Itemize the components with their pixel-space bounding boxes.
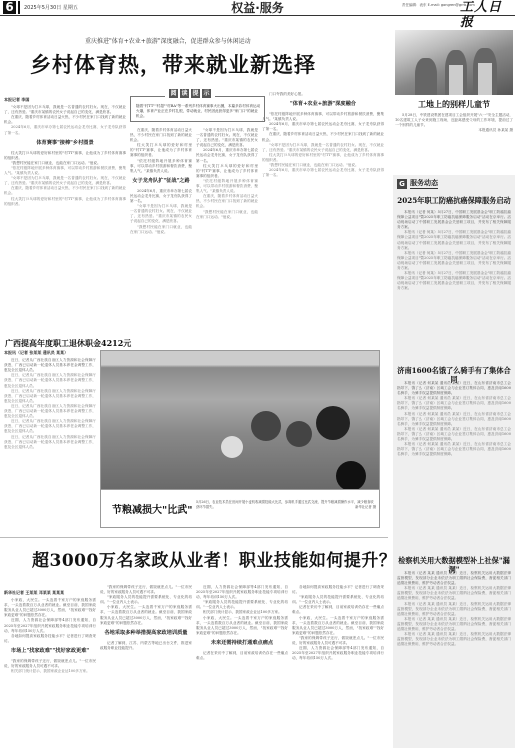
bottom-column-3: 近期，人力资源社会保障部等4部门发布通知，自2025年至2027年组织开展家政服… [196,585,288,748]
reading-tip-text: 随着"村TT""村超""村BA"等一系列乡村体育赛事火出圈，本篇多彩村体育运动火… [136,104,261,119]
lead-paragraph: 门口夸我的美好心愿。 [262,92,384,97]
service-item-body: 本报讯（记者 何某）5月27日，中国职工发展基金会"职工防癌抗癌保障公益项目"暨… [397,210,511,340]
service-item-body: 本报讯（记者 何某某 通讯员 某某）近日，在山东省济南市总工会指导下，饿了么（济… [397,381,511,551]
side-story-byline: 本报讯（记者 张某某 通讯员 某某） [4,350,96,355]
bottom-paragraph: 记者在采访中了解到，目前家政培训仍存在一些痛点难点。 [292,605,384,615]
lead-paragraph: "依托村级阵地开展多种体育赛事，可以带动乡村旅游和餐饮消费，聚集人气。"某镇负责… [130,159,192,174]
lead-subhead: "体育+农业+旅游"深度融合 [262,101,384,108]
photo-vest [449,65,463,95]
tip-char: 示 [202,89,211,98]
bottom-subhead: 未来还需持续打通难点痛点 [196,640,288,647]
right-photo-text: 5月28日，中铁建设集团在建项目工会组织开展"六一"安全主题活动，10名建筑工人… [395,113,513,168]
side-story-headline: 广西提高年度职工退休职金4212元 [5,338,131,348]
service-item-text: 本报讯（记者 何某某 通讯员 某某）近日，在山东省济南市总工会指导下，饿了么（济… [397,412,511,427]
service-news-icon: G [397,179,407,189]
lead-paragraph: "女球不是因为打乒乓球，我就是一名普通的农村妇女。现在，不仅就业了，还有热爱。"… [262,143,384,153]
bottom-paragraph: 记者在采访中了解到，目前家政培训仍存在一些痛点难点。 [196,651,288,661]
side-story-body: 本报讯（记者 张某某 通讯员 某某） 近日，记者从广西壮族自治区人力资源和社会保… [4,350,96,535]
bottom-paragraph: 相关部门统计显示，我国家政企业达100多万家。 [4,669,96,674]
photo-feature-caption: 5月26日，农业技术员在田间开展小麦机收减损技能大比武，参赛机手通过比武交流，提… [196,500,376,510]
side-story-paragraph: 近日，记者从广西壮族自治区人力资源和社会保障厅获悉，广西已启动新一轮退休人员基本… [4,435,96,450]
bottom-paragraph: 记者了解到，江苏、内蒙古等地已出台文件，推进家政服务职业技能提升。 [100,641,192,651]
side-story-paragraph: 近日，记者从广西壮族自治区人力资源和社会保障厅获悉，广西已启动新一轮退休人员基本… [4,404,96,419]
bottom-column-1: 新华社记者 王某某 邓某某 某某某 小家政，大民生。一头连着千家万户的家庭服务需… [4,590,96,748]
photo-figure [415,58,437,95]
bottom-paragraph: 近期，人力资源社会保障部等4部门发布通知，自2025年至2027年组织开展家政服… [196,585,288,600]
service-item-body: 本报讯（记者 某某 通讯员 某某）近日，检察机关运用大数据法律监督模型，发现部分… [397,571,511,741]
tip-char: 读 [180,89,189,98]
bottom-subhead: 各地采取多种举措提高家政培训质量 [100,630,192,637]
lead-paragraph: 2024年6月，重庆市举办第七届农民运动会龙舟比赛，女子龙舟队获得了第一名。 [262,122,384,132]
service-item-text: 本报讯（记者 某某 通讯员 某某）近日，检察机关运用大数据法律监督模型，发现部分… [397,617,511,632]
photo-feature-title: 节粮减损大"比武" [112,505,192,517]
lead-paragraph: "依托村级阵地开展多种体育赛事，可以带动乡村旅游和餐饮消费，聚集人气。"某镇负责… [196,179,258,194]
side-story-paragraph: 近日，记者从广西壮族自治区人力资源和社会保障厅获悉，广西已启动新一轮退休人员基本… [4,389,96,404]
right-photo-credit: 本报通讯员 孙某某 摄 [395,128,513,133]
service-item-text: 本报讯（记者 何某某 通讯员 某某）近日，在山东省济南市总工会指导下，饿了么（济… [397,396,511,411]
service-item-title: 2025年职工防癌抗癌保障服务启动 [395,196,513,205]
photo-figure [221,436,243,458]
bottom-paragraph: 小家政，大民生。一头连着千家万户的家庭服务需求，一头连着数百万从业者的就业。截至… [100,605,192,625]
lead-column-1: 本报记者 李国 "女球不是因为打乒乓球，我就是一名普通的农村妇女。现在，不仅就业… [4,97,126,333]
bottom-paragraph: "家政服务人员的技能提升需要系统化、专业化的培训。"一位业内人士表示。 [292,595,384,605]
photo-figure [316,406,350,440]
lead-column-2: 在重庆，随着乡村体育活动日益火热，不少村民在家门口找到了新的就业机会。 柱大笑打… [130,128,192,343]
bottom-paragraph: 相关部门统计显示，我国家政企业达100多万家。 [196,610,288,615]
bottom-column-2: "我家的保姆带孩子还行，做饭就差点儿。"一位市民说，好的家政服务人员可遇不可求。… [100,585,192,748]
bottom-byline: 新华社记者 王某某 邓某某 某某某 [4,590,96,595]
service-item-text: 本报讯（记者 何某）5月27日，中国职工发展基金会"职工防癌抗癌保障公益项目"暨… [397,251,511,271]
lead-paragraph: "女球不是因为打乒乓球，我就是一名普通的农村妇女。现在，不仅就业了，还有热爱。"… [4,105,126,115]
lead-paragraph: 2024年6月，重庆市举办第七届农民运动会龙舟比赛，女子龙舟队获得了第一名。 [130,189,192,204]
lead-paragraph: "依托村级阵地开展多种体育赛事，可以带动乡村旅游和餐饮消费，聚集人气。"某镇负责… [4,166,126,176]
lead-byline: 本报记者 李国 [4,97,126,102]
bottom-paragraph: "家政服务人员的技能提升需要系统化、专业化的培训。"一位业内人士表示。 [100,595,192,605]
service-item-text: 本报讯（记者 何某某 通讯员 某某）近日，在山东省济南市总工会指导下，饿了么（济… [397,381,511,396]
tip-char: 阅 [169,89,178,98]
lead-paragraph: "我想村民能在家门口就业，也能在家门口运动。"他说。 [130,225,192,235]
photo-credit: 新华社记者 摄 [355,505,376,510]
photo-figure [336,461,366,490]
lead-paragraph: 2024年6月，重庆市举办第七届农民运动会龙舟比赛，女子龙舟队获得了第一名。 [196,148,258,163]
right-photo-title: 工地上的别样儿童节 [395,100,513,110]
lead-subhead: 体育赛事"接棒"乡村图景 [4,140,126,147]
reading-tip-title: 阅 读 提 示 [165,89,215,98]
bottom-headline: 超3000万名家政从业者！职业技能如何提升？ [32,550,396,572]
bottom-paragraph: 各地如何提高家政服务技能水平？记者进行了调查采访。 [292,585,384,595]
lead-headline: 乡村体育热，带来就业新选择 [30,52,316,78]
service-news-header: G 服务动态 [397,178,438,189]
photo-figure [286,421,312,447]
lead-paragraph: "依托村级阵地开展多种体育赛事，可以带动乡村旅游和餐饮消费，聚集人气。"某镇负责… [262,112,384,122]
service-item-text: 本报讯（记者 某某 通讯员 某某）近日，检察机关运用大数据法律监督模型，发现部分… [397,632,511,647]
bottom-paragraph: 近期，人力资源社会保障部等4部门发布通知，自2025年至2027年组织开展家政服… [292,646,384,661]
bottom-paragraph: 各地如何提高家政服务技能水平？记者进行了调查采访。 [4,634,96,644]
bottom-paragraph: 小家政，大民生。一头连着千家万户的家庭服务需求，一头连着数百万从业者的就业。截至… [196,616,288,636]
bottom-paragraph: 小家政，大民生。一头连着千家万户的家庭服务需求，一头连着数百万从业者的就业。截至… [292,616,384,636]
construction-site-photo [395,30,513,95]
lead-paragraph: 柱大笑打乒乓球的爱好和村里的"村TT"赛事，让他成为了乡村体育赛事的组织者。 [4,151,126,161]
service-item-text: 本报讯（记者 何某某 通讯员 某某）近日，在山东省济南市总工会指导下，饿了么（济… [397,427,511,442]
lead-paragraph: 2024年6月，重庆市举办第七届农民运动会龙舟比赛，女子龙舟队获得了第一名。 [262,168,384,178]
lead-paragraph: 2024年6月，重庆市举办第七届农民运动会龙舟比赛，女子龙舟队获得了第一名。 [4,125,126,135]
lead-kicker: 重庆推进"体育+农业+旅游"深度融合，促进群众参与休闲运动 [85,38,251,46]
lead-paragraph: "女球不是因为打乒乓球，我就是一名普通的农村妇女。现在，不仅就业了，还有热爱。"… [130,204,192,224]
service-item-text: 本报讯（记者 某某 通讯员 某某）近日，检察机关运用大数据法律监督模型，发现部分… [397,586,511,601]
photo-caption-body: 5月26日，农业技术员在田间开展小麦机收减损技能大比武，参赛机手通过比武交流，提… [196,500,374,509]
lead-paragraph: 在重庆，随着乡村体育活动日益火热，不少村民在家门口找到了新的就业机会。 [4,186,126,196]
newspaper-logo: 工人日报 [460,0,515,30]
tip-char: 提 [191,89,200,98]
bottom-column-4: 各地如何提高家政服务技能水平？记者进行了调查采访。 "家政服务人员的技能提升需要… [292,585,384,748]
service-item-text: 本报讯（记者 某某 通讯员 某某）近日，检察机关运用大数据法律监督模型，发现部分… [397,571,511,586]
service-item-text: 本报讯（记者 某某 通讯员 某某）近日，检察机关运用大数据法律监督模型，发现部分… [397,602,511,617]
bottom-paragraph: "我家的保姆带孩子还行，做饭就差点儿。"一位市民说，好的家政服务人员可遇不可求。 [100,585,192,595]
bottom-paragraph: 小家政，大民生。一头连着千家万户的家庭服务需求，一头连着数百万从业者的就业。截至… [4,598,96,618]
side-story-paragraph: 近日，记者从广西壮族自治区人力资源和社会保障厅获悉，广西已启动新一轮退休人员基本… [4,373,96,388]
masthead: 6 2025年5月30日 星期五 权益·服务 责任编辑：表东 E-mail: g… [0,0,515,16]
side-story-paragraph: 近日，记者从广西壮族自治区人力资源和社会保障厅获悉，广西已启动新一轮退休人员基本… [4,419,96,434]
photo-vest [478,63,492,95]
bottom-subhead: 市场上"找家政难""找好家政更难" [4,648,96,655]
lead-paragraph: "女球不是因为打乒乓球，我就是一名普通的农村妇女。现在，不仅就业了，还有热爱。"… [4,176,126,186]
lead-paragraph: 在重庆，随着乡村体育活动日益火热，不少村民在家门口找到了新的就业机会。 [4,115,126,125]
bottom-paragraph: 近期，人力资源社会保障部等4部门发布通知，自2025年至2027年组织开展家政服… [4,618,96,633]
lead-column-3: "女球不是因为打乒乓球，我就是一名普通的农村妇女。现在，不仅就业了，还有热爱。"… [196,128,258,343]
lead-paragraph: 柱大笑打乒乓球的爱好和村里的"村TT"赛事，让他成为了乡村体育赛事的组织者。 [196,164,258,179]
service-item-text: 本报讯（记者 何某）5月27日，中国职工发展基金会"职工防癌抗癌保障公益项目"暨… [397,271,511,291]
service-item-text: 本报讯（记者 何某某 通讯员 某某）近日，在山东省济南市总工会指导下，饿了么（济… [397,442,511,457]
lead-paragraph: 在重庆，随着乡村体育活动日益火热，不少村民在家门口找到了新的就业机会。 [130,128,192,143]
bottom-paragraph: "我家的保姆带孩子还行，做饭就差点儿。"一位市民说，好的家政服务人员可遇不可求。 [4,659,96,669]
lead-paragraph: 柱大笑打乒乓球的爱好和村里的"村TT"赛事，让他成为了乡村体育赛事的组织者。 [130,143,192,158]
photo-figure [251,411,281,441]
bottom-paragraph: "家政服务人员的技能提升需要系统化、专业化的培训。"一位业内人士表示。 [196,600,288,610]
section-divider [0,537,388,538]
lead-column-4: 门口夸我的美好心愿。 "体育+农业+旅游"深度融合 "依托村级阵地开展多种体育赛… [262,92,384,343]
service-item-text: 本报讯（记者 何某）5月27日，中国职工发展基金会"职工防癌抗癌保障公益项目"暨… [397,210,511,230]
service-item-text: 本报讯（记者 何某）5月27日，中国职工发展基金会"职工防癌抗癌保障公益项目"暨… [397,230,511,250]
lead-paragraph: 在重庆，随着乡村体育活动日益火热，不少村民在家门口找到了新的就业机会。 [196,194,258,209]
lead-paragraph: "女球不是因为打乒乓球，我就是一名普通的农村妇女。现在，不仅就业了，还有热爱。"… [196,128,258,148]
lead-paragraph: 在重庆，随着乡村体育活动日益火热，不少村民在家门口找到了新的就业机会。 [262,132,384,142]
side-story-paragraph: 近日，记者从广西壮族自治区人力资源和社会保障厅获悉，广西已启动新一轮退休人员基本… [4,358,96,373]
service-news-label: 服务动态 [410,178,438,189]
bottom-paragraph: "我家的保姆带孩子还行，做饭就差点儿。"一位市民说，好的家政服务人员可遇不可求。 [292,636,384,646]
lead-paragraph: 柱大笑打乒乓球的爱好和村里的"村TT"赛事，让他成为了乡村体育赛事的组织者。 [262,153,384,163]
wheat-field-photo [100,350,380,490]
right-photo-paragraph: 5月28日，中铁建设集团在建项目工会组织开展"六一"安全主题活动，10名建筑工人… [395,113,513,128]
lead-subhead: 女子龙舟队扩"征战"之路 [130,178,192,185]
lead-paragraph: 柱大笑打乒乓球的爱好和村里的"村TT"赛事，让他成为了乡村体育赛事的组织者。 [4,197,126,207]
lead-paragraph: "我想村民能在家门口就业，也能在家门口运动。"他说。 [196,210,258,220]
